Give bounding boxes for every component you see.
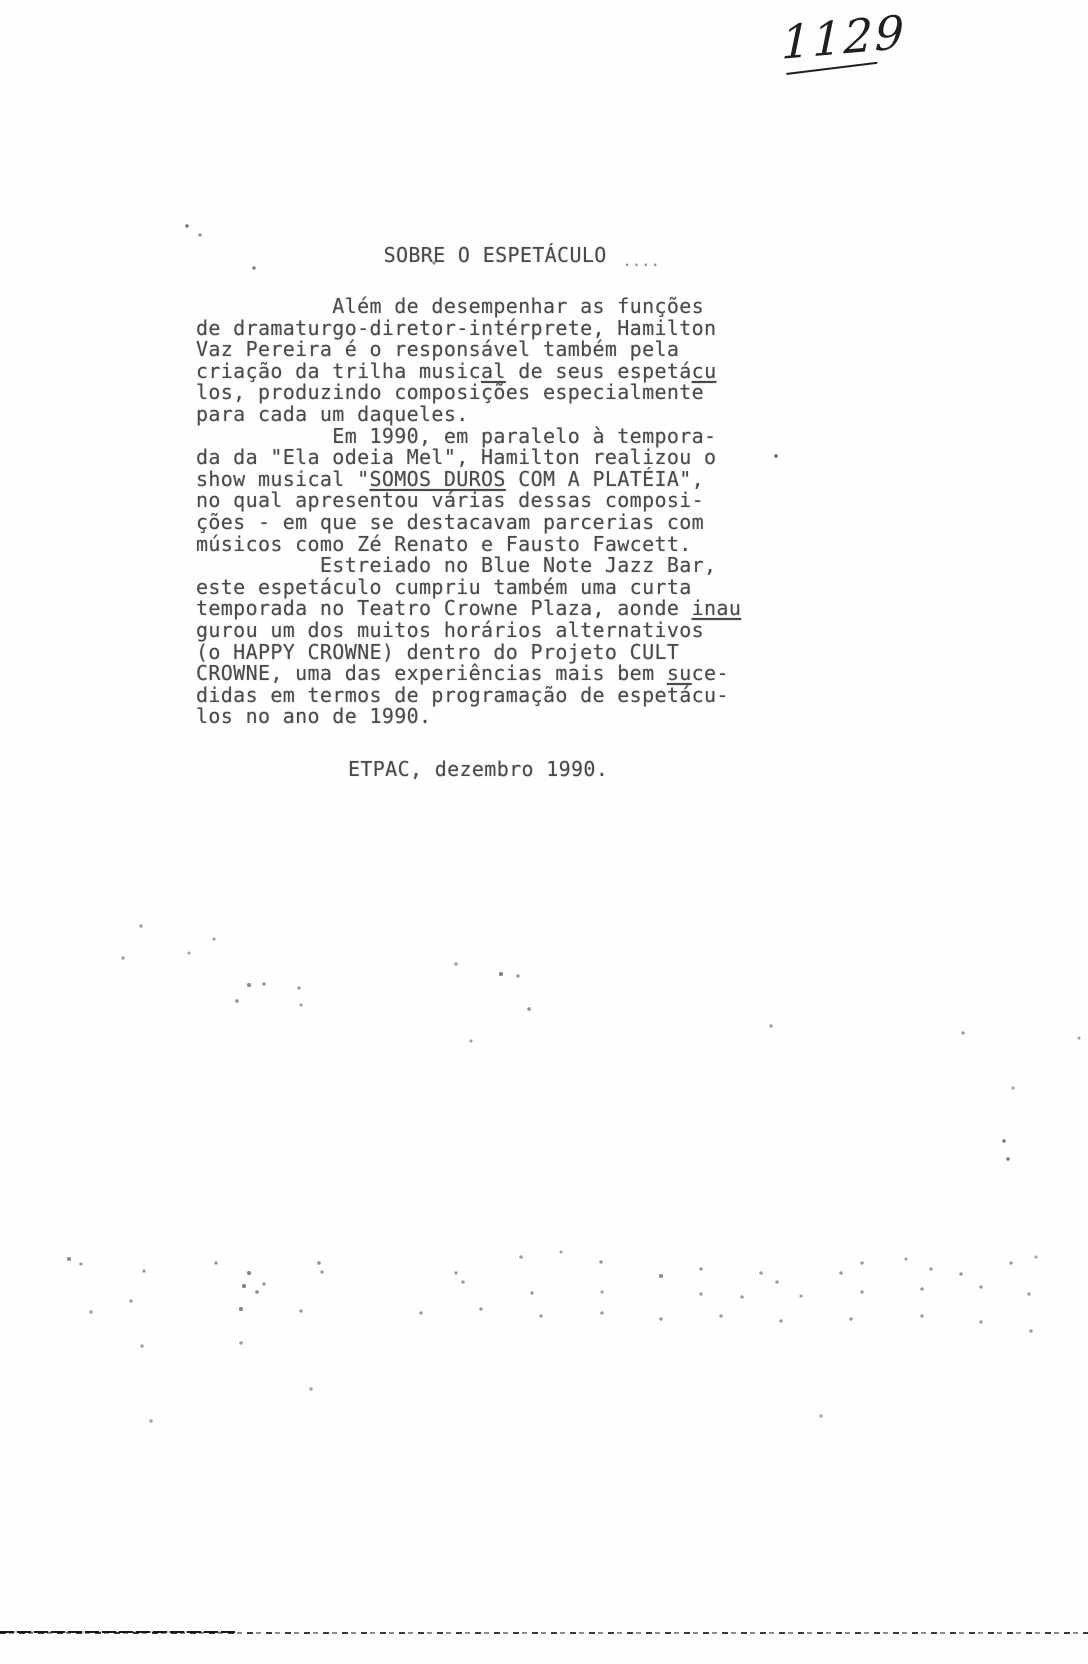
- handwritten-page-number: 1129: [779, 8, 914, 85]
- text-line: ções - em que se destacavam parcerias co…: [196, 512, 741, 534]
- footer-date: ETPAC, dezembro 1990.: [348, 757, 608, 781]
- text-line: show musical "SOMOS DUROS COM A PLATÉIA"…: [196, 469, 741, 491]
- scan-speckles-lower: [0, 0, 2, 2]
- scanned-document-page: 1129 SOBRE O ESPETÁCULO.... Além de dese…: [0, 0, 1088, 1664]
- document-title-text: SOBRE O ESPETÁCULO: [384, 243, 607, 267]
- text-line: Além de desempenhar as funções: [196, 296, 741, 318]
- page-number-digits: 1129: [781, 9, 906, 66]
- text-line: no qual apresentou várias dessas composi…: [196, 490, 741, 512]
- text-line: los, produzindo composições especialment…: [196, 382, 741, 404]
- text-line: este espetáculo cumpriu também uma curta: [196, 577, 741, 599]
- text-line: didas em termos de programação de espetá…: [196, 685, 741, 707]
- document-body: Além de desempenhar as funçõesde dramatu…: [196, 296, 741, 728]
- text-line: criação da trilha musical de seus espetá…: [196, 361, 741, 383]
- text-line: músicos como Zé Renato e Fausto Fawcett.: [196, 534, 741, 556]
- text-line: (o HAPPY CROWNE) dentro do Projeto CULT: [196, 642, 741, 664]
- text-line: de dramaturgo-diretor-intérprete, Hamilt…: [196, 318, 741, 340]
- text-line: Vaz Pereira é o responsável também pela: [196, 339, 741, 361]
- text-line: Estreiado no Blue Note Jazz Bar,: [196, 555, 741, 577]
- scan-edge-artifact: [0, 1631, 1088, 1634]
- text-line: da da "Ela odeia Mel", Hamilton realizou…: [196, 447, 741, 469]
- title-trailing-dots: ....: [623, 252, 661, 270]
- text-line: Em 1990, em paralelo à tempora-: [196, 426, 741, 448]
- text-line: temporada no Teatro Crowne Plaza, aonde …: [196, 598, 741, 620]
- text-line: para cada um daqueles.: [196, 404, 741, 426]
- text-line: CROWNE, uma das experiências mais bem su…: [196, 663, 741, 685]
- document-title: SOBRE O ESPETÁCULO....: [334, 219, 660, 291]
- text-line: los no ano de 1990.: [196, 706, 741, 728]
- text-line: gurou um dos muitos horários alternativo…: [196, 620, 741, 642]
